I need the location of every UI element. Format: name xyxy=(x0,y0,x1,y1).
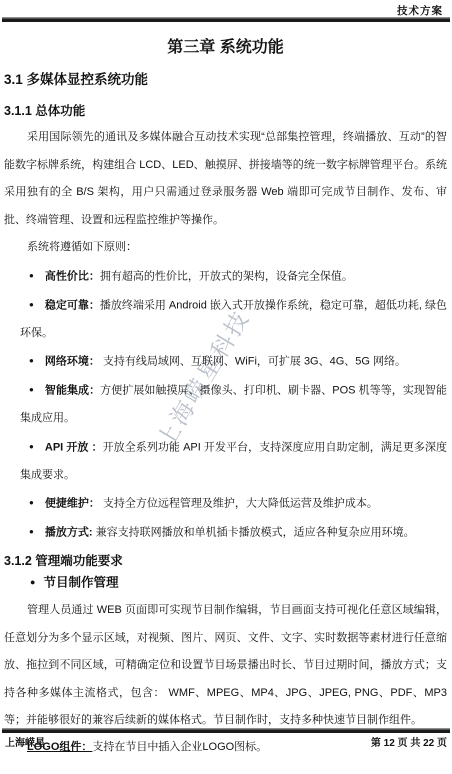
chapter-title: 第三章 系统功能 xyxy=(4,34,447,57)
list-item: ●API 开放 ：开放全系列功能 API 开发平台，支持深度应用自助定制，满足更… xyxy=(4,433,447,490)
list-item-label: API 开放 ： xyxy=(45,441,103,453)
list-item: ●高性价比：拥有超高的性价比，开放式的架构，设备完全保值。 xyxy=(4,262,447,291)
header-title: 技术方案 xyxy=(397,3,443,18)
list-item-label: 智能集成： xyxy=(45,385,100,397)
bullet-icon: ● xyxy=(29,442,34,451)
list-item: ●播放方式: 兼容支持联网播放和单机插卡播放模式，适应各种复杂应用环境。 xyxy=(4,518,447,547)
list-item-label: 稳定可靠： xyxy=(45,299,100,311)
bullet-icon: ● xyxy=(29,385,34,394)
list-item-label: 高性价比： xyxy=(45,270,100,282)
list-item-label: 网络环境： xyxy=(45,356,100,368)
list-item-text: 支持全方位远程管理及维护，大大降低运营及维护成本。 xyxy=(100,498,378,510)
bullet-icon: ● xyxy=(30,577,35,587)
section-3-1-2-heading: 3.1.2 管理端功能要求 xyxy=(4,551,447,569)
subsection-bullet-heading: ●节目制作管理 xyxy=(4,569,447,597)
list-item-text: 支持有线局域网、互联网、WiFi，可扩展 3G、4G、5G 网络。 xyxy=(100,356,406,368)
list-item-label: 便捷维护： xyxy=(45,498,100,510)
page-content: 第三章 系统功能 3.1 多媒体显控系统功能 3.1.1 总体功能 采用国际领先… xyxy=(4,30,447,757)
header-rule xyxy=(2,17,450,22)
list-item-text: 兼容支持联网播放和单机插卡播放模式，适应各种复杂应用环境。 xyxy=(93,527,415,539)
document-page: 技术方案 上海嵘星科技 第三章 系统功能 3.1 多媒体显控系统功能 3.1.1… xyxy=(0,0,452,774)
paragraph-program-editing: 管理人员通过 WEB 页面即可实现节目制作编辑，节目画面支持可视化任意区域编辑，… xyxy=(4,597,447,735)
bullet-icon: ● xyxy=(29,527,34,536)
list-item: ●智能集成：方便扩展如触摸屏、摄像头、打印机、刷卡器、POS 机等等，实现智能集… xyxy=(4,376,447,433)
list-item: ●稳定可靠：播放终端采用 Android 嵌入式开放操作系统，稳定可靠，超低功耗… xyxy=(4,291,447,348)
list-item: ●便捷维护： 支持全方位远程管理及维护，大大降低运营及维护成本。 xyxy=(4,489,447,518)
paragraph-principles-intro: 系统将遵循如下原则： xyxy=(4,234,447,262)
bullet-icon: ● xyxy=(29,300,34,309)
footer-page-number: 第 12 页 共 22 页 xyxy=(371,734,447,749)
principles-list: ●高性价比：拥有超高的性价比，开放式的架构，设备完全保值。 ●稳定可靠：播放终端… xyxy=(4,262,447,548)
list-item: ●网络环境： 支持有线局域网、互联网、WiFi，可扩展 3G、4G、5G 网络。 xyxy=(4,347,447,376)
list-item-label: 播放方式: xyxy=(45,527,93,539)
bullet-icon: ● xyxy=(29,356,34,365)
paragraph-overview: 采用国际领先的通讯及多媒体融合互动技术实现“总部集控管理，终端播放、互动”的智能… xyxy=(4,124,447,234)
subsection-bullet-label: 节目制作管理 xyxy=(43,576,118,590)
footer-rule xyxy=(2,728,450,733)
bullet-icon: ● xyxy=(29,498,34,507)
footer-company: 上海嵘星 xyxy=(5,734,45,749)
list-item-text: 拥有超高的性价比，开放式的架构，设备完全保值。 xyxy=(100,270,353,282)
section-3-1-1-heading: 3.1.1 总体功能 xyxy=(4,101,447,119)
section-3-1-heading: 3.1 多媒体显控系统功能 xyxy=(4,68,447,88)
page-footer: 上海嵘星 第 12 页 共 22 页 xyxy=(5,734,447,749)
bullet-icon: ● xyxy=(29,271,34,280)
